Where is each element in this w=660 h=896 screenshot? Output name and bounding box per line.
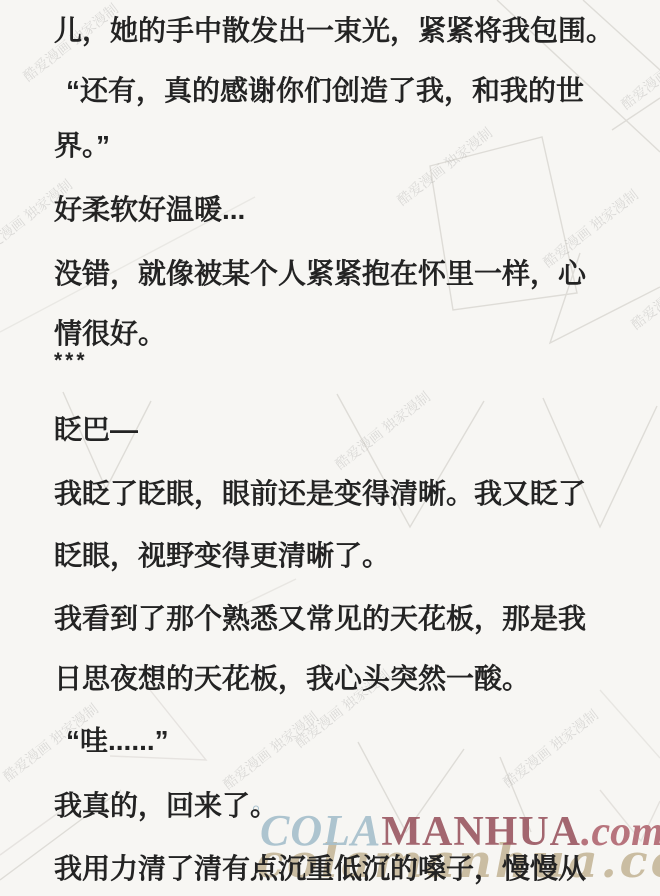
text-line: 眨眼，视野变得更清晰了。 bbox=[54, 539, 624, 573]
text-line: 日思夜想的天花板，我心头突然一酸。 bbox=[54, 662, 624, 696]
text-line: 我看到了那个熟悉又常见的天花板，那是我 bbox=[54, 602, 624, 636]
text-line: “哇......” bbox=[54, 724, 636, 758]
text-line: 眨巴— bbox=[54, 413, 624, 447]
text-line: 我真的，回来了。 bbox=[54, 789, 624, 823]
novel-text: 儿，她的手中散发出一束光，紧紧将我包围。 “还有，真的感谢你们创造了我，和我的世… bbox=[0, 0, 660, 896]
novel-reader-page: 酷爱漫画 独家漫制 酷爱漫画 独家漫制 酷爱漫画 独家漫制 酷爱漫画 独家漫制 … bbox=[0, 0, 660, 896]
text-line: “还有，真的感谢你们创造了我，和我的世 bbox=[54, 74, 636, 108]
text-line: 没错，就像被某个人紧紧抱在怀里一样，心 bbox=[54, 257, 624, 291]
text-line: 界。” bbox=[54, 129, 624, 163]
text-line: 我用力清了清有点沉重低沉的嗓子，慢慢从 bbox=[54, 852, 624, 886]
text-line: 情很好。 bbox=[54, 317, 624, 351]
text-line: 儿，她的手中散发出一束光，紧紧将我包围。 bbox=[54, 14, 624, 48]
section-separator: *** bbox=[54, 350, 624, 372]
text-line: 我眨了眨眼，眼前还是变得清晰。我又眨了 bbox=[54, 477, 624, 511]
text-line: 好柔软好温暖... bbox=[54, 193, 624, 227]
